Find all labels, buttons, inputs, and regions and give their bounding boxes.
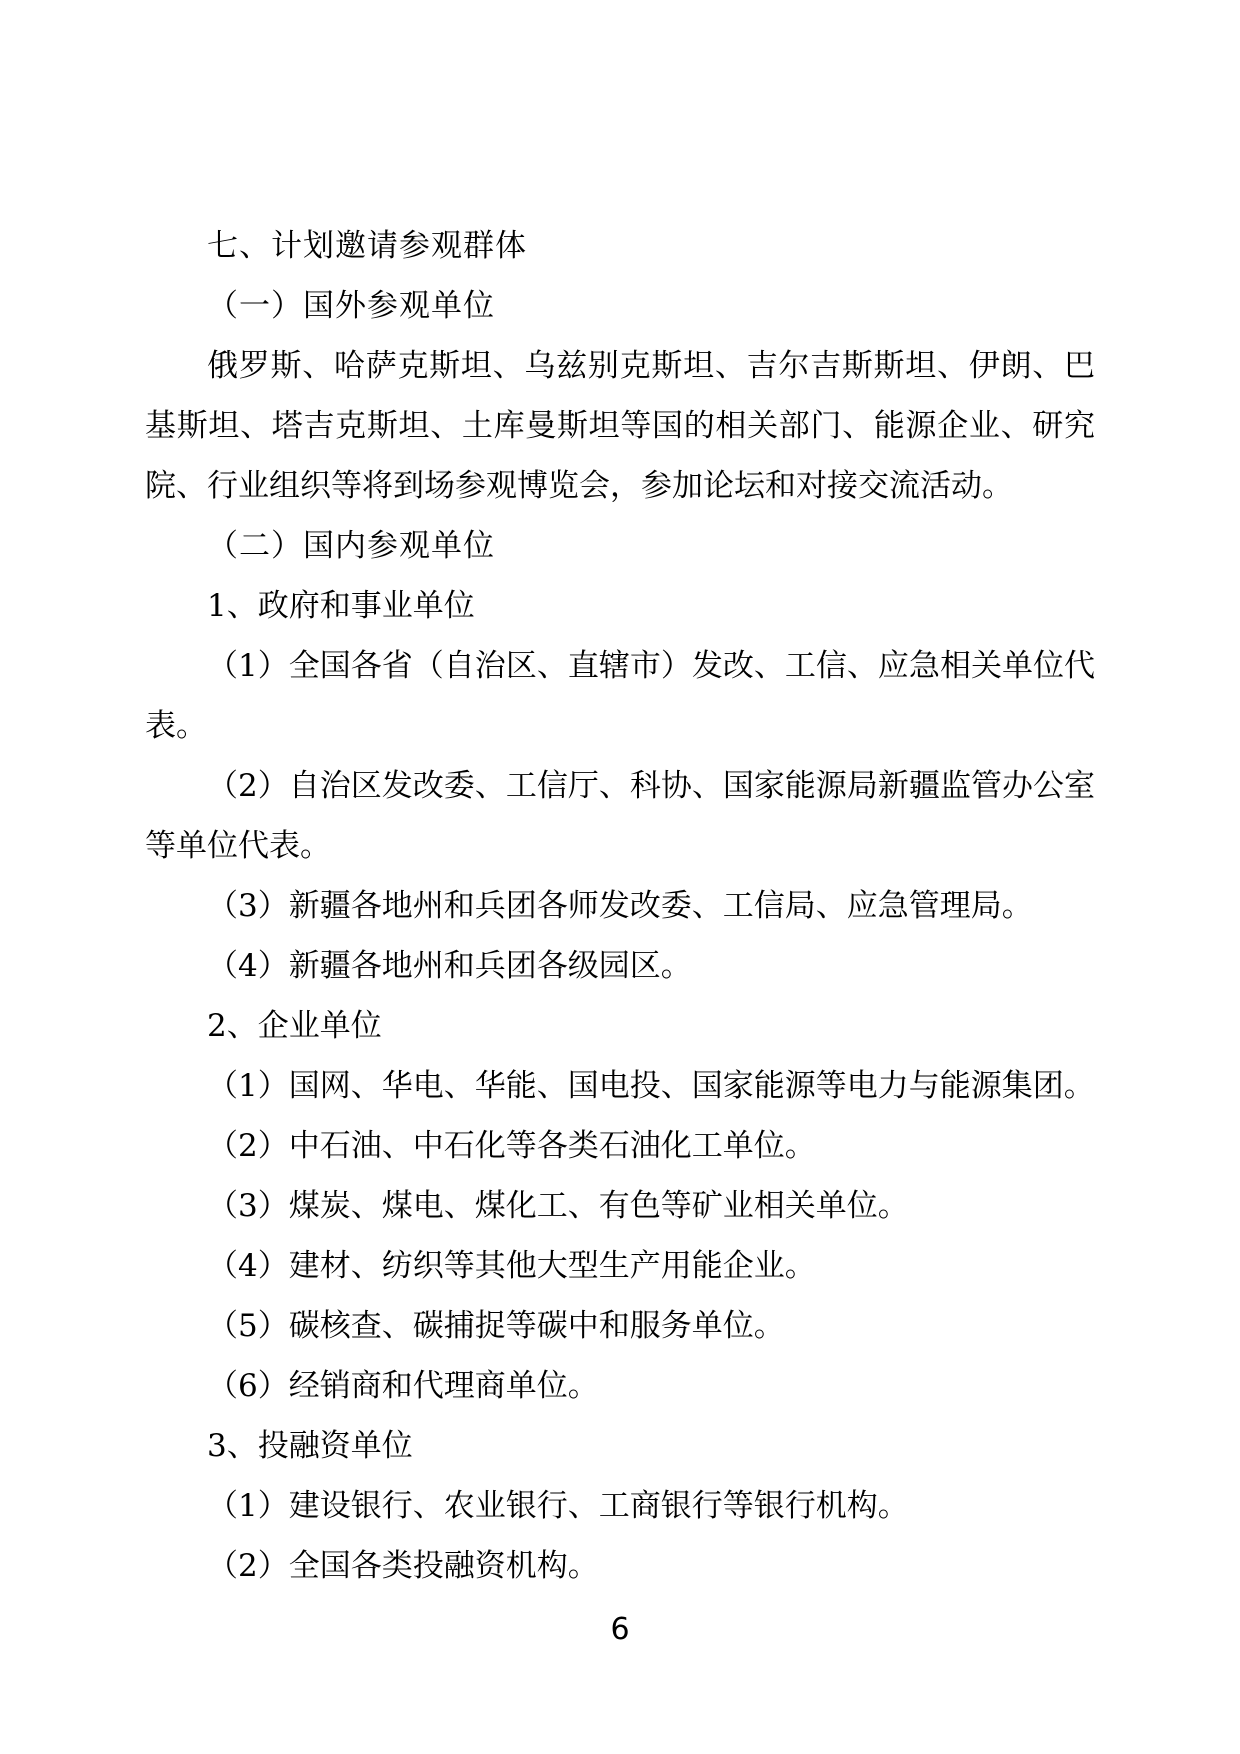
list-item-investment-1: （1）建设银行、农业银行、工商银行等银行机构。 — [145, 1476, 1095, 1536]
list-item-government-3: （3）新疆各地州和兵团各师发改委、工信局、应急管理局。 — [145, 876, 1095, 936]
paragraph-foreign-visitors: 俄罗斯、哈萨克斯坦、乌兹别克斯坦、吉尔吉斯斯坦、伊朗、巴基斯坦、塔吉克斯坦、土库… — [145, 336, 1095, 516]
subheading-domestic-visitors: （二）国内参观单位 — [145, 516, 1095, 576]
list-item-enterprise-3: （3）煤炭、煤电、煤化工、有色等矿业相关单位。 — [145, 1176, 1095, 1236]
group-label-investment: 3、投融资单位 — [145, 1416, 1095, 1476]
group-label-government: 1、政府和事业单位 — [145, 576, 1095, 636]
page-number: 6 — [0, 1612, 1240, 1648]
list-item-enterprise-6: （6）经销商和代理商单位。 — [145, 1356, 1095, 1416]
section-heading: 七、计划邀请参观群体 — [145, 216, 1095, 276]
list-item-investment-2: （2）全国各类投融资机构。 — [145, 1536, 1095, 1596]
list-item-enterprise-5: （5）碳核查、碳捕捉等碳中和服务单位。 — [145, 1296, 1095, 1356]
list-item-government-1: （1）全国各省（自治区、直辖市）发改、工信、应急相关单位代表。 — [145, 636, 1095, 756]
list-item-enterprise-4: （4）建材、纺织等其他大型生产用能企业。 — [145, 1236, 1095, 1296]
group-label-enterprise: 2、企业单位 — [145, 996, 1095, 1056]
list-item-government-2: （2）自治区发改委、工信厅、科协、国家能源局新疆监管办公室等单位代表。 — [145, 756, 1095, 876]
list-item-enterprise-2: （2）中石油、中石化等各类石油化工单位。 — [145, 1116, 1095, 1176]
document-page: 七、计划邀请参观群体 （一）国外参观单位 俄罗斯、哈萨克斯坦、乌兹别克斯坦、吉尔… — [0, 0, 1240, 1754]
list-item-enterprise-1: （1）国网、华电、华能、国电投、国家能源等电力与能源集团。 — [145, 1056, 1095, 1116]
subheading-foreign-visitors: （一）国外参观单位 — [145, 276, 1095, 336]
document-content: 七、计划邀请参观群体 （一）国外参观单位 俄罗斯、哈萨克斯坦、乌兹别克斯坦、吉尔… — [145, 216, 1095, 1596]
list-item-government-4: （4）新疆各地州和兵团各级园区。 — [145, 936, 1095, 996]
